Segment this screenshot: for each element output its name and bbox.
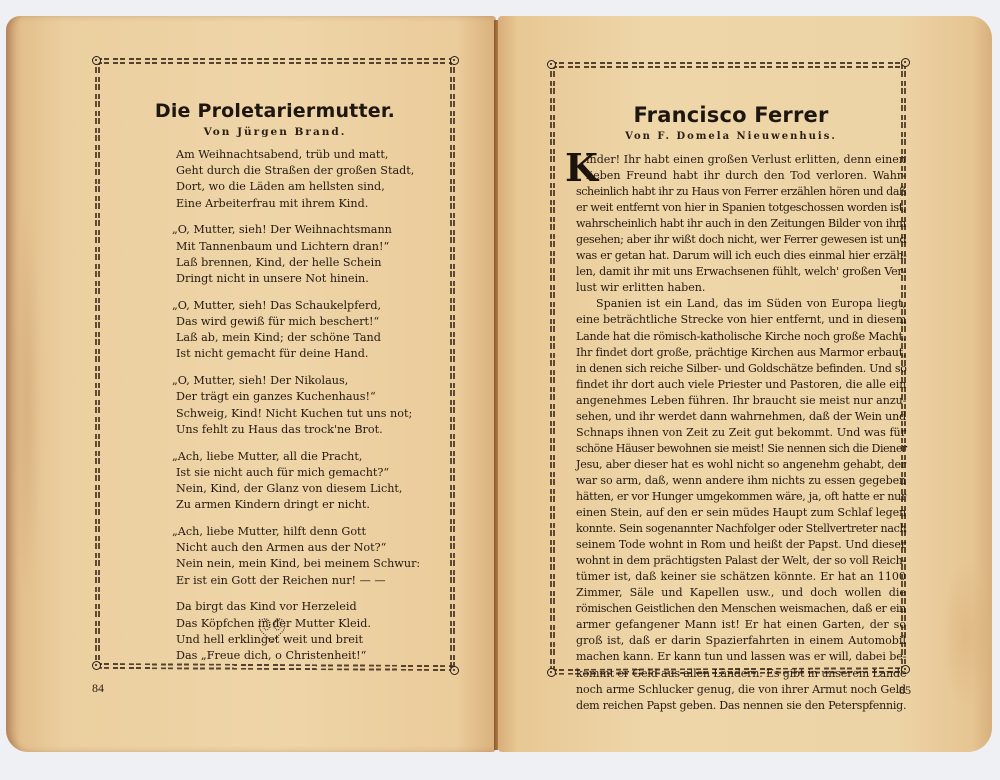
article-line: eine beträchtliche Strecke von hier entf… (576, 312, 906, 328)
poem-stanza: „O, Mutter, sieh! Der Nikolaus, Der träg… (172, 373, 456, 438)
poem-stanza: „Ach, liebe Mutter, all die Pracht, Ist … (172, 449, 456, 514)
border-top (97, 58, 453, 64)
poem-stanza: Da birgt das Kind vor Herzeleid Das Köpf… (176, 599, 456, 664)
article-body: inder! Ihr habt einen großen Verlust erl… (576, 152, 906, 714)
page-number-left: 84 (92, 681, 104, 696)
border-top (552, 62, 904, 68)
article-line: Spanien ist ein Land, das im Süden von E… (576, 296, 906, 312)
poem-verse: Der trägt ein ganzes Kuchenhaus!“ (172, 389, 456, 405)
poem-stanza: „O, Mutter, sieh! Das Schaukelpferd, Das… (172, 298, 456, 363)
article-line: lust wir erlitten haben. (576, 280, 906, 296)
article-line: in denen sich reiche Silber- und Goldsch… (576, 361, 906, 377)
poem-stanza: Am Weihnachtsabend, trüb und matt, Geht … (176, 147, 456, 212)
article-line: konnte. Sein sogenannter Nachfolger oder… (576, 521, 906, 537)
article-line: war so arm, daß, wenn andere ihm nichts … (576, 473, 906, 489)
article-line: groß ist, daß er darin Spazierfahrten in… (576, 633, 906, 649)
poem-verse: Laß brennen, Kind, der helle Schein (172, 255, 456, 271)
poem-verse: Das Köpfchen in der Mutter Kleid. (176, 616, 456, 632)
article-line: scheinlich habt ihr zu Haus von Ferrer e… (576, 184, 906, 200)
poem-verse: „O, Mutter, sieh! Der Nikolaus, (172, 373, 456, 389)
poem-verse: Da birgt das Kind vor Herzeleid (176, 599, 456, 615)
poem-verse: Geht durch die Straßen der großen Stadt, (176, 163, 456, 179)
corner-ornament-icon (92, 56, 101, 65)
article-line: seinem Tode wohnt in Rom und heißt der P… (576, 537, 906, 553)
book-spine (494, 20, 498, 750)
poem-verse: Laß ab, mein Kind; der schöne Tand (172, 330, 456, 346)
poem-verse: Nicht auch den Armen aus der Not?“ (172, 540, 456, 556)
poem-verse: Nein, Kind, der Glanz von diesem Licht, (172, 481, 456, 497)
poem-verse: Und hell erklinget weit und breit (176, 632, 456, 648)
article-line: römischen Geistlichen den Menschen weism… (576, 601, 906, 617)
poem-verse: Dort, wo die Läden am hellsten sind, (176, 179, 456, 195)
border-left (95, 60, 100, 668)
poem-stanza: „Ach, liebe Mutter, hilft denn Gott Nich… (172, 524, 456, 589)
poem-verse: Eine Arbeiterfrau mit ihrem Kind. (176, 196, 456, 212)
article-line: inder! Ihr habt einen großen Verlust erl… (576, 152, 906, 168)
article-line: Lande hat die römisch-katholische Kirche… (576, 329, 906, 345)
poem-verse: Dringt nicht in unsere Not hinein. (172, 271, 456, 287)
article-line: tümer ist, daß keiner sie schätzen könnt… (576, 569, 906, 585)
article-line: wohnt in dem prächtigsten Palast der Wel… (576, 553, 906, 569)
poem-verse: Zu armen Kindern dringt er nicht. (172, 497, 456, 513)
article-line: wahrscheinlich habt ihr auch in den Zeit… (576, 216, 906, 232)
article-line: Ihr findet dort große, prächtige Kirchen… (576, 345, 906, 361)
article-line: findet ihr dort auch viele Priester und … (576, 377, 906, 393)
poem-verse: „Ach, liebe Mutter, all die Pracht, (172, 449, 456, 465)
poem-verse: Nein nein, mein Kind, bei meinem Schwur: (172, 556, 456, 572)
article-byline: Von F. Domela Nieuwenhuis. (556, 131, 906, 142)
article-line: len, damit ihr mit uns Erwachsenen fühlt… (576, 264, 906, 280)
corner-ornament-icon (547, 668, 556, 677)
article-line: Jesu, aber dieser hat es wohl nicht so a… (576, 457, 906, 473)
poem-verse: Am Weihnachtsabend, trüb und matt, (176, 147, 456, 163)
article-line: lieben Freund habt ihr durch den Tod ver… (576, 168, 906, 184)
article-line: einen Stein, auf den er sein müdes Haupt… (576, 505, 906, 521)
article-line: noch arme Schlucker genug, die von ihrer… (576, 682, 906, 698)
article-line: sehen, und ihr werdet dann wahrnehmen, d… (576, 409, 906, 425)
article-line: angenehmes Leben führen. Ihr braucht sie… (576, 393, 906, 409)
corner-ornament-icon (450, 56, 459, 65)
poem-verse: Ist sie nicht auch für mich gemacht?“ (172, 465, 456, 481)
poem-verse: „Ach, liebe Mutter, hilft denn Gott (172, 524, 456, 540)
poem-verse: „O, Mutter, sieh! Der Weihnachtsmann (172, 222, 456, 238)
corner-ornament-icon (92, 661, 101, 670)
article-line: er weit entfernt von hier in Spanien tot… (576, 200, 906, 216)
article-line: schöne Häuser bewohnen sie meist! Sie ne… (576, 441, 906, 457)
article-line: Zimmer, Säle und Kapellen usw., und doch… (576, 585, 906, 601)
poem-body: Am Weihnachtsabend, trüb und matt, Geht … (176, 147, 456, 675)
article-line: kommt er Geld aus allen Ländern. Es gibt… (576, 666, 906, 682)
article-title: Francisco Ferrer (556, 103, 906, 127)
article-line: machen kann. Er kann tun und lassen was … (576, 649, 906, 665)
heart-ornament-icon (258, 616, 286, 644)
poem-verse: „O, Mutter, sieh! Das Schaukelpferd, (172, 298, 456, 314)
page-number-right: 85 (899, 683, 911, 698)
poem-verse: Uns fehlt zu Haus das trock'ne Brot. (172, 422, 456, 438)
poem-verse: Ist nicht gemacht für deine Hand. (172, 346, 456, 362)
poem-verse: Das wird gewiß für mich beschert!“ (172, 314, 456, 330)
poem-verse: Das „Freue dich, o Christenheit!“ (176, 648, 456, 664)
article-line: was er getan hat. Darum will ich euch di… (576, 248, 906, 264)
corner-ornament-icon (547, 60, 556, 69)
article-line: armer gefangener Mann ist! Er hat einen … (576, 617, 906, 633)
article-line: gesehen; aber ihr wißt doch nicht, wer F… (576, 232, 906, 248)
border-left (550, 64, 555, 672)
poem-verse: Schweig, Kind! Nicht Kuchen tut uns not; (172, 406, 456, 422)
poem-title: Die Proletariermutter. (100, 100, 450, 122)
article-line: Schnaps ihnen von Zeit zu Zeit gut bekom… (576, 425, 906, 441)
poem-verse: Er ist ein Gott der Reichen nur! — — (172, 573, 456, 589)
poem-verse: Mit Tannenbaum und Lichtern dran!“ (172, 239, 456, 255)
poem-byline: Von Jürgen Brand. (100, 126, 450, 138)
article-line: dem reichen Papst geben. Das nennen sie … (576, 698, 906, 714)
poem-stanza: „O, Mutter, sieh! Der Weihnachtsmann Mit… (172, 222, 456, 287)
article-line: hätten, er vor Hunger umgekommen wäre, j… (576, 489, 906, 505)
corner-ornament-icon (901, 58, 910, 67)
